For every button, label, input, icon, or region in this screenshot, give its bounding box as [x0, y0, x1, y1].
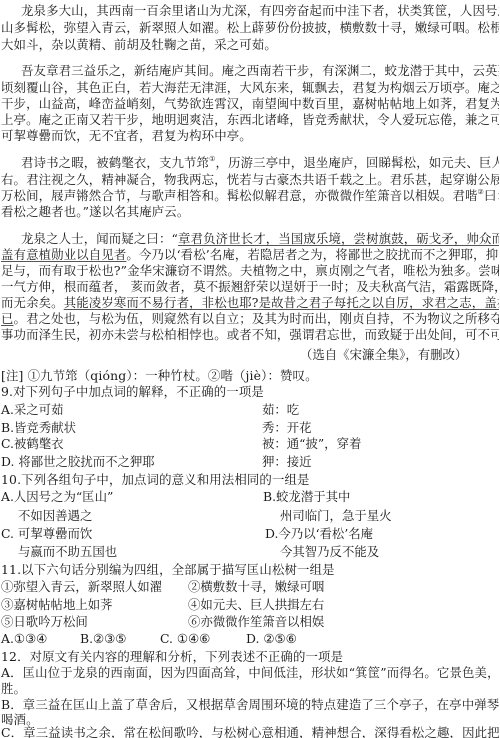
passage-p4-line2: 盖有意植勋业以自见者。今乃以‘看松’名庵，若隐居者之为，将鄙世之胶扰而不之狎耶，… — [1, 247, 499, 263]
q11-choice-a: A.①③④ — [1, 631, 47, 647]
q12-stem: 12．对原文有关内容的理解和分析，下列表述不正确的一项是 — [1, 649, 499, 665]
passage-p2-line3: 干步，山益高，峰峦益峭刻，气势欲连霄汉，南望闽中数百里，嘉树帖帖地上如荠，君复为… — [1, 96, 499, 112]
passage-p1-line2: 山多髯松，弥望入青云，新翠照人如濯。松上薜萝份份披披，横敷数十寻，嫩绿可咽。松根… — [1, 20, 499, 36]
text: 万松间，屐声锵然合节，与歌声相答和。髯松似解君意，亦微微作笙箫音以相娱。君喈 — [1, 188, 478, 203]
underlined-sentence-2-cont: 已 — [1, 311, 14, 326]
underlined-sentence-1-cont: 盖有意植勋业以自见者 — [1, 247, 126, 262]
q11-item-6: ⑥亦微微作笙箫音以相娱 — [188, 614, 324, 630]
footnote-label: [注] — [1, 368, 24, 383]
exam-page: 龙泉多大山，其西南一百余里诸山为尤深，有四旁奋起而中洼下者，状类箕筐，人因号之为… — [0, 0, 500, 738]
text: 。今乃以‘看松’名庵，若隐居者之为，将鄙世之胶扰而不之狎耶，抑以斯人不 — [126, 247, 499, 262]
q9-option-b: B.皆竞秀献状 — [1, 420, 76, 436]
text: 君诗书之暇，被鹤氅衣，支九节筇 — [21, 155, 209, 170]
passage-p1-line1: 龙泉多大山，其西南一百余里诸山为尤深，有四旁奋起而中洼下者，状类箕筐，人因号之为… — [21, 3, 499, 19]
q9-option-b-gloss: 秀：开花 — [262, 420, 312, 436]
passage-p4-line5: 而无余矣。其能凌岁寒而不易行者，非松也耶?是故昔之君子每托之以自厉，求君之志，盖… — [1, 295, 499, 311]
q9-option-c-gloss: 被：通“披”，穿着 — [262, 436, 361, 452]
q11-item-2: ②横敷数十寻，嫩绿可咽 — [188, 579, 324, 595]
passage-p4-line1: 龙泉之人士，闻而疑之曰：“章君负济世长才，当国宬乐境，尝树旗鼓，砺戈矛，帅众而捣… — [21, 231, 499, 247]
q9-option-c: C.被鹤氅衣 — [1, 436, 64, 452]
text: 。君之处也，与松为伍，则窥然有以自立；及其为时而出，刚贞自持，不为物议之所移夺，… — [14, 311, 499, 326]
passage-p1-line3: 大如斗，杂以黄精、前胡及牡鞠之苗，采之可茹。 — [1, 37, 499, 53]
q11-item-1: ①弥望入青云，新翠照人如濯 — [1, 579, 162, 595]
footnote-text: ①九节筇（qióng）：一种竹杖。②喈（jiè）：赞叹。 — [28, 368, 318, 383]
passage-p4-line6: 已。君之处也，与松为伍，则窥然有以自立；及其为时而出，刚贞自持，不为物议之所移夺… — [1, 311, 499, 327]
q10-stem: 10.下列各组句子中，加点词的意义和用法相同的一组是 — [1, 472, 499, 488]
q11-item-4: ④如元夫、巨人拱揖左右 — [188, 597, 324, 613]
text: 龙泉之人士，闻而疑之曰：“ — [21, 231, 178, 246]
passage-p3-line1: 君诗书之暇，被鹤氅衣，支九节筇①，历游三亭中，退坐庵庐，回睇髯松，如元夫、巨人拱… — [21, 155, 499, 171]
q11-choice-d: D. ②⑤⑥ — [246, 631, 297, 647]
q12-option-a-cont: 胜。 — [1, 681, 499, 697]
text: 而无余矣。 — [1, 295, 64, 310]
q10-option-b: B.蛟龙潜于其中 — [263, 489, 350, 505]
source-citation: （选自《宋濂全集》，有删改） — [300, 347, 467, 363]
passage-p4-line3: 足与，而有取于松也?”金华宋濂窃不谓然。夫植物之中，禀贞刚之气者，唯松为独多。尝… — [1, 263, 499, 279]
q12-option-c: C．章三益读书之余，常在松间歌吟，与松树心意相通，精神想合，深得看松之趣，因此把… — [1, 725, 499, 738]
underlined-sentence-1: 章君负济世长才，当国宬乐境，尝树旗鼓，砺戈矛，帅众而捣退之， — [178, 231, 499, 246]
q9-option-a-gloss: 茹：吃 — [262, 402, 299, 418]
passage-p2-line2: 顷刻覆山谷，其色正白，若大海茫无津涯，大风东来，辄飘去，君复为构烟云万顷亭。庵之… — [1, 80, 499, 96]
q11-item-3: ③嘉树帖帖地上如荠 — [1, 597, 113, 613]
q9-option-d-gloss: 狎：接近 — [262, 454, 312, 470]
passage-p3-line3: 万松间，屐声锵然合节，与歌声相答和。髯松似解君意，亦微微作笙箫音以相娱。君喈②曰… — [1, 188, 499, 204]
passage-p2-line5: 可挈尊罍而饮，无不宜者，君复为构环中亭。 — [1, 128, 499, 144]
q10-option-d-pair: 今其智乃反不能及 — [280, 544, 379, 560]
q10-option-a-pair: 不如因善遇之 — [18, 508, 92, 524]
q10-option-d: D.今乃以‘看松’名庵 — [265, 526, 373, 542]
passage-p3-line4: 看松之趣者也。”遂以名其庵庐云。 — [1, 204, 499, 220]
q11-choice-c: C. ①④⑥ — [160, 631, 210, 647]
q10-option-b-pair: 州司临门，急于星火 — [280, 508, 392, 524]
passage-p2-line1: 吾友章君三益乐之，新结庵庐其间。庵之西南若干步，有深渊二，蛟龙潜于其中，云英英腾… — [21, 63, 499, 79]
q10-option-c: C. 可挈尊罍而饮 — [1, 526, 92, 542]
q12-option-a: A．匡山位于龙泉的西南面，因为四面高耸，中间低洼，形状如“箕筐”而得名。它景色美… — [1, 665, 499, 681]
passage-p4-line7: 事功而泽生民，初亦未尝与松柏相悖也。或者不知，强谓君忘世，而致疑于出处间，可不可… — [1, 327, 499, 343]
q9-option-a: A.采之可茹 — [1, 402, 63, 418]
underlined-sentence-2: 其能凌岁寒而不易行者，非松也耶?是故昔之君子每托之以自厉，求君之志，盖亦若斯而 — [64, 295, 499, 310]
q9-option-d: D. 将鄙世之胶扰而不之狎耶 — [1, 454, 155, 470]
footnotes: [注] ①九节筇（qióng）：一种竹杖。②喈（jiè）：赞叹。 — [1, 368, 499, 384]
text: 曰：“此予得 — [484, 188, 499, 203]
q11-choice-b: B.②③⑤ — [80, 631, 126, 647]
q9-stem: 9.对下列句子中加点词的解释，不正确的一项是 — [1, 384, 499, 400]
passage-p4-line4: 一气方伸，根而蕴者， 荄而敛者，莫不振翘舒荣以逞妍于一时；及夫秋高气洁，霜露既降… — [1, 279, 499, 295]
q12-option-b: B．章三益在匡山上盖了草舍后，又根据草舍周围环境的特点建造了三个亭子，在亭中弹琴… — [1, 697, 499, 713]
q11-stem: 11.以下六句话分别编为四组，全部属于描写匡山松树一组是 — [1, 562, 499, 578]
q11-item-5: ⑤日歌吟万松间 — [1, 614, 88, 630]
passage-p2-line4: 上亭。庵之正南又若干步，地明迥爽洁，东西北诸峰，皆竞秀献状，令人爱玩忘倦，兼之可… — [1, 112, 499, 128]
passage-p3-line2: 右。君注视之久，精神凝合，物我两忘，恍若与古豪杰共语千载之上。君乐甚，起穿谢公屐… — [1, 172, 499, 188]
q10-option-a: A.人因号之为“匡山” — [1, 489, 113, 505]
text: ，历游三亭中，退坐庵庐，回睇髯松，如元夫、巨人拱揖左 — [216, 155, 499, 170]
q10-option-c-pair: 与嬴而不助五国也 — [18, 544, 117, 560]
